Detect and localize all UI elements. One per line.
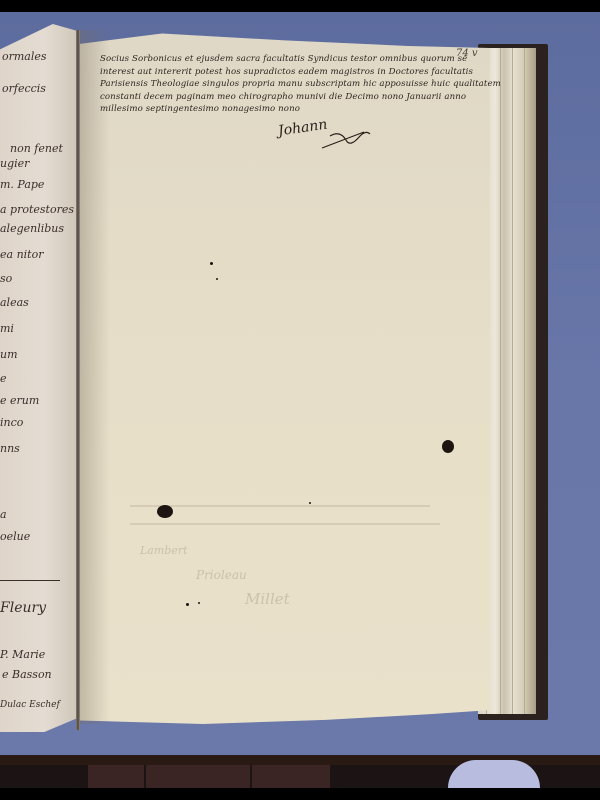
signature-paraph-icon bbox=[320, 126, 372, 150]
left-page-line: ea nitor bbox=[0, 248, 43, 261]
left-page-line: a protestores bbox=[0, 203, 74, 216]
ink-speck bbox=[210, 262, 213, 265]
left-page-line: inco bbox=[0, 416, 23, 429]
manuscript-line: millesimo septingentesimo nonagesimo non… bbox=[100, 103, 490, 116]
top-frame-bar bbox=[0, 0, 600, 12]
left-page-line: ormales bbox=[2, 50, 47, 63]
left-page-signature: Fleury bbox=[0, 600, 46, 616]
white-cloth bbox=[448, 760, 540, 788]
left-page-line: alegenlibus bbox=[0, 222, 64, 235]
manuscript-line: Socius Sorbonicus et ejusdem sacra facul… bbox=[100, 53, 490, 66]
left-page-line: aleas bbox=[0, 296, 29, 309]
gutter-shadow bbox=[80, 30, 110, 724]
manuscript-line: interest aut intererit potest hos suprad… bbox=[100, 66, 490, 79]
bleed-through-line bbox=[130, 523, 440, 525]
left-page bbox=[0, 24, 78, 732]
ink-speck bbox=[186, 603, 189, 606]
left-page-line: e bbox=[0, 372, 7, 385]
left-page-line: m. Pape bbox=[0, 178, 44, 191]
left-page-line: e Basson bbox=[2, 668, 52, 681]
manuscript-line: Parisiensis Theologiae singulos propria … bbox=[100, 78, 490, 91]
left-page-line: nns bbox=[0, 442, 20, 455]
left-page-rule bbox=[0, 580, 60, 581]
manuscript-line: constanti decem paginam meo chirographo … bbox=[100, 91, 490, 104]
left-page-line: um bbox=[0, 348, 18, 361]
left-page-line: a bbox=[0, 508, 7, 521]
bleed-through-text: Lambert bbox=[140, 544, 188, 557]
bottom-frame-bar bbox=[0, 788, 600, 800]
left-page-line: mi bbox=[0, 322, 14, 335]
left-page-line: Dulac Eschef bbox=[0, 700, 60, 710]
ink-speck bbox=[216, 278, 218, 280]
ink-stain bbox=[442, 440, 454, 453]
bleed-through-text: Prioleau bbox=[196, 568, 247, 582]
ink-speck bbox=[198, 602, 200, 604]
left-page-line: ugier bbox=[0, 157, 29, 170]
left-page-line: so bbox=[0, 272, 12, 285]
left-page-line: non fenet bbox=[10, 142, 63, 155]
ink-speck bbox=[309, 502, 311, 504]
left-page-line: oelue bbox=[0, 530, 30, 543]
bleed-through-text: Millet bbox=[245, 590, 290, 608]
left-page-line: e erum bbox=[0, 394, 39, 407]
manuscript-text-block: Socius Sorbonicus et ejusdem sacra facul… bbox=[100, 53, 490, 116]
ink-stain bbox=[157, 505, 173, 518]
bleed-through-line bbox=[130, 505, 430, 507]
left-page-line: P. Marie bbox=[0, 648, 45, 661]
left-page-line: orfeccis bbox=[2, 82, 46, 95]
